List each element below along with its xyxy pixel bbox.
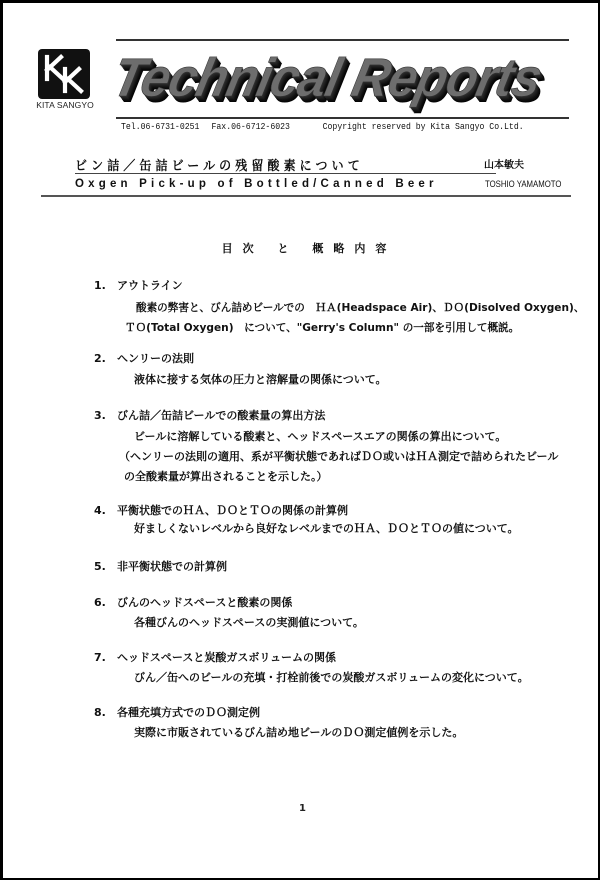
toc-item-heading: 6.びんのヘッドスペースと酸素の関係 [94,594,292,610]
document-page: KITA SANGYO Technical Reports Tel.06-673… [0,0,600,880]
logo-caption: KITA SANGYO [33,100,97,110]
brand-title: Technical Reports [106,43,548,113]
toc-item-description: ＴＯ(Total Oxygen) について、"Gerry's Column" の… [125,320,519,335]
toc-item-number: 1. [94,279,117,292]
toc-item-description: 各種びんのヘッドスペースの実測値について。 [134,614,364,630]
toc-item-heading: 3.びん詰／缶詰ビールでの酸素量の算出方法 [94,407,325,423]
author-name-en: TOSHIO YAMAMOTO [485,179,561,190]
contact-line: Tel.06-6731-0251Fax.06-6712-6023Copyrigh… [121,121,536,132]
header-rule-middle [116,117,569,119]
toc-item-description: 好ましくないレベルから良好なレベルまでのＨＡ、ＤＯとＴＯの値について。 [134,520,519,536]
kk-monogram-icon [42,53,86,95]
toc-item-title: ヘッドスペースと炭酸ガスボリュームの関係 [117,651,336,664]
kita-sangyo-logo [38,49,90,99]
toc-item-heading: 2.ヘンリーの法則 [94,350,194,366]
header-rule-bottom [41,195,571,197]
page-number: 1 [299,803,306,814]
toc-item-title: びんのヘッドスペースと酸素の関係 [117,596,292,609]
tel-number: Tel.06-6731-0251 [121,121,199,132]
toc-item-number: 8. [94,706,117,719]
toc-item-title: ヘンリーの法則 [117,352,194,365]
toc-item-heading: 5.非平衡状態での計算例 [94,558,227,574]
toc-item-title: 平衡状態でのＨＡ、ＤＯとＴＯの関係の計算例 [117,504,348,517]
toc-item-heading: 4.平衡状態でのＨＡ、ＤＯとＴＯの関係の計算例 [94,502,348,518]
toc-item-description: ビールに溶解している酸素と、ヘッドスペースエアの関係の算出について。 [134,428,506,444]
author-name-jp: 山本敏夫 [484,156,524,171]
toc-item-number: 5. [94,560,117,573]
toc-item-description: 液体に接する気体の圧力と溶解量の関係について。 [134,371,387,387]
toc-item-title: アウトライン [117,279,183,292]
toc-item-description: の全酸素量が算出されることを示した。） [124,468,328,484]
toc-item-description: （ヘンリーの法則の適用、系が平衡状態であればＤＯ或いはＨＡ測定で詰められたビール [119,448,558,464]
toc-item-number: 7. [94,651,117,664]
toc-item-title: 非平衡状態での計算例 [117,560,227,573]
article-title-en: Oxgen Pick-up of Bottled/Canned Beer [75,178,438,190]
toc-item-description: 酸素の弊害と、びん詰めビールでの ＨＡ(Headspace Air)、ＤＯ(Di… [136,300,584,315]
toc-item-heading: 8.各種充填方式でのＤＯ測定例 [94,704,260,720]
toc-item-title: びん詰／缶詰ビールでの酸素量の算出方法 [117,409,325,422]
toc-item-number: 6. [94,596,117,609]
toc-item-description: びん／缶へのビールの充填・打栓前後での炭酸ガスボリュームの変化について。 [134,669,529,685]
header-rule-top [116,39,569,41]
toc-heading: 目次 と 概略内容 [3,240,600,256]
title-underline [75,173,496,174]
fax-number: Fax.06-6712-6023 [211,121,289,132]
article-title-jp: ビン詰／缶詰ビールの残留酸素について [75,155,364,174]
toc-item-heading: 1.アウトライン [94,277,183,293]
toc-item-description: 実際に市販されているびん詰め地ビールのＤＯ測定値例を示した。 [134,724,463,740]
toc-item-title: 各種充填方式でのＤＯ測定例 [117,706,260,719]
toc-item-number: 2. [94,352,117,365]
toc-item-heading: 7.ヘッドスペースと炭酸ガスボリュームの関係 [94,649,336,665]
toc-item-number: 4. [94,504,117,517]
copyright-notice: Copyright reserved by Kita Sangyo Co.Ltd… [323,121,524,132]
toc-item-number: 3. [94,409,117,422]
